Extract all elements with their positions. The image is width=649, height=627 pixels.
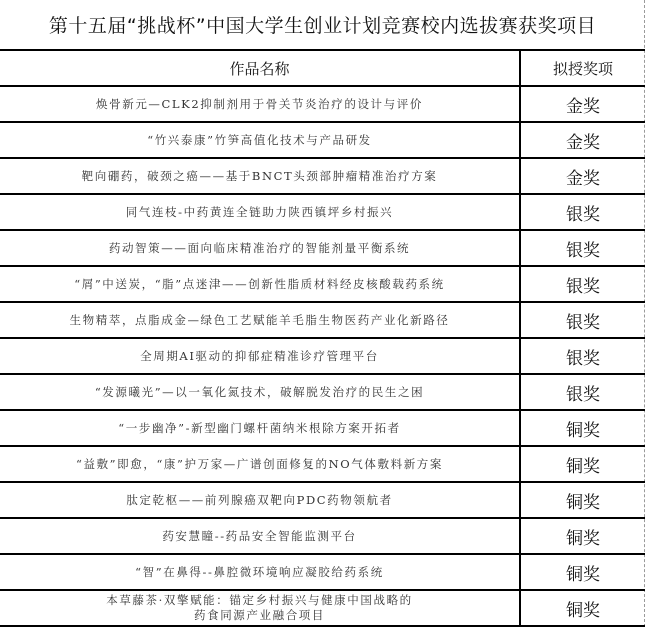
award-cell: 金奖: [520, 122, 645, 158]
project-name: 本草藤茶·双擎赋能：锚定乡村振兴与健康中国战略的: [0, 593, 519, 608]
table-row: “一步幽净”-新型幽门螺杆菌纳米根除方案开拓者铜奖: [0, 410, 645, 446]
project-name: “发源曦光”—以一氧化氮技术，破解脱发治疗的民生之困: [0, 385, 519, 400]
project-name: “智”在鼻得--鼻腔微环境响应凝胶给药系统: [0, 565, 519, 580]
project-name: 药动智策——面向临床精准治疗的智能剂量平衡系统: [0, 241, 519, 256]
project-name-cell: 药安慧瞳--药品安全智能监测平台: [0, 518, 520, 554]
table-row: 焕骨新元—CLK2抑制剂用于骨关节炎治疗的设计与评价金奖: [0, 86, 645, 122]
awards-table: 作品名称 拟授奖项 焕骨新元—CLK2抑制剂用于骨关节炎治疗的设计与评价金奖“竹…: [0, 49, 645, 627]
table-row: 肽定乾枢——前列腺癌双靶向PDC药物领航者铜奖: [0, 482, 645, 518]
project-name-cell: 药动智策——面向临床精准治疗的智能剂量平衡系统: [0, 230, 520, 266]
project-name: “益敷”即愈，“康”护万家—广谱创面修复的NO气体敷料新方案: [0, 457, 519, 472]
award-cell: 金奖: [520, 158, 645, 194]
project-name-cell: 肽定乾枢——前列腺癌双靶向PDC药物领航者: [0, 482, 520, 518]
project-name: “竹兴泰康”竹笋高值化技术与产品研发: [0, 133, 519, 148]
table-row: 本草藤茶·双擎赋能：锚定乡村振兴与健康中国战略的药食同源产业融合项目铜奖: [0, 590, 645, 626]
award-cell: 铜奖: [520, 446, 645, 482]
award-cell: 铜奖: [520, 518, 645, 554]
table-row: 靶向硼药，破颈之癌——基于BNCT头颈部肿瘤精准治疗方案金奖: [0, 158, 645, 194]
header-award: 拟授奖项: [520, 50, 645, 86]
project-name: 肽定乾枢——前列腺癌双靶向PDC药物领航者: [0, 493, 519, 508]
table-row: “发源曦光”—以一氧化氮技术，破解脱发治疗的民生之困银奖: [0, 374, 645, 410]
table-row: “智”在鼻得--鼻腔微环境响应凝胶给药系统铜奖: [0, 554, 645, 590]
table-row: “屑”中送炭，“脂”点迷津——创新性脂质材料经皮核酸载药系统银奖: [0, 266, 645, 302]
award-cell: 银奖: [520, 230, 645, 266]
project-name-cell: “一步幽净”-新型幽门螺杆菌纳米根除方案开拓者: [0, 410, 520, 446]
award-cell: 铜奖: [520, 590, 645, 626]
table-row: 全周期AI驱动的抑郁症精准诊疗管理平台银奖: [0, 338, 645, 374]
document-title: 第十五届“挑战杯”中国大学生创业计划竞赛校内选拔赛获奖项目: [0, 0, 645, 49]
award-cell: 银奖: [520, 374, 645, 410]
table-row: “益敷”即愈，“康”护万家—广谱创面修复的NO气体敷料新方案铜奖: [0, 446, 645, 482]
project-name-cell: 全周期AI驱动的抑郁症精准诊疗管理平台: [0, 338, 520, 374]
project-name-cell: “智”在鼻得--鼻腔微环境响应凝胶给药系统: [0, 554, 520, 590]
project-name-cell: 本草藤茶·双擎赋能：锚定乡村振兴与健康中国战略的药食同源产业融合项目: [0, 590, 520, 626]
table-row: 生物精萃，点脂成金—绿色工艺赋能羊毛脂生物医药产业化新路径银奖: [0, 302, 645, 338]
award-cell: 铜奖: [520, 410, 645, 446]
table-row: 药动智策——面向临床精准治疗的智能剂量平衡系统银奖: [0, 230, 645, 266]
award-cell: 银奖: [520, 194, 645, 230]
table-row: 药安慧瞳--药品安全智能监测平台铜奖: [0, 518, 645, 554]
project-name-cell: “发源曦光”—以一氧化氮技术，破解脱发治疗的民生之困: [0, 374, 520, 410]
project-name: “一步幽净”-新型幽门螺杆菌纳米根除方案开拓者: [0, 421, 519, 436]
header-project-name: 作品名称: [0, 50, 520, 86]
award-cell: 银奖: [520, 266, 645, 302]
project-name: 全周期AI驱动的抑郁症精准诊疗管理平台: [0, 349, 519, 364]
project-name-cell: 同气连枝-中药黄连全链助力陕西镇坪乡村振兴: [0, 194, 520, 230]
project-name-cell: 生物精萃，点脂成金—绿色工艺赋能羊毛脂生物医药产业化新路径: [0, 302, 520, 338]
project-name: 药安慧瞳--药品安全智能监测平台: [0, 529, 519, 544]
award-cell: 铜奖: [520, 482, 645, 518]
award-cell: 银奖: [520, 338, 645, 374]
project-name-cell: “屑”中送炭，“脂”点迷津——创新性脂质材料经皮核酸载药系统: [0, 266, 520, 302]
award-document: 第十五届“挑战杯”中国大学生创业计划竞赛校内选拔赛获奖项目 作品名称 拟授奖项 …: [0, 0, 645, 627]
table-header-row: 作品名称 拟授奖项: [0, 50, 645, 86]
project-name: 焕骨新元—CLK2抑制剂用于骨关节炎治疗的设计与评价: [0, 97, 519, 112]
award-cell: 铜奖: [520, 554, 645, 590]
project-name: 同气连枝-中药黄连全链助力陕西镇坪乡村振兴: [0, 205, 519, 220]
project-name: 靶向硼药，破颈之癌——基于BNCT头颈部肿瘤精准治疗方案: [0, 169, 519, 184]
project-name-cell: 焕骨新元—CLK2抑制剂用于骨关节炎治疗的设计与评价: [0, 86, 520, 122]
award-cell: 金奖: [520, 86, 645, 122]
award-cell: 银奖: [520, 302, 645, 338]
project-name: 生物精萃，点脂成金—绿色工艺赋能羊毛脂生物医药产业化新路径: [0, 313, 519, 328]
project-name-cell: “竹兴泰康”竹笋高值化技术与产品研发: [0, 122, 520, 158]
project-name: “屑”中送炭，“脂”点迷津——创新性脂质材料经皮核酸载药系统: [0, 277, 519, 292]
table-row: “竹兴泰康”竹笋高值化技术与产品研发金奖: [0, 122, 645, 158]
table-row: 同气连枝-中药黄连全链助力陕西镇坪乡村振兴银奖: [0, 194, 645, 230]
project-name-cell: 靶向硼药，破颈之癌——基于BNCT头颈部肿瘤精准治疗方案: [0, 158, 520, 194]
project-name-cell: “益敷”即愈，“康”护万家—广谱创面修复的NO气体敷料新方案: [0, 446, 520, 482]
project-name-line2: 药食同源产业融合项目: [0, 608, 519, 623]
